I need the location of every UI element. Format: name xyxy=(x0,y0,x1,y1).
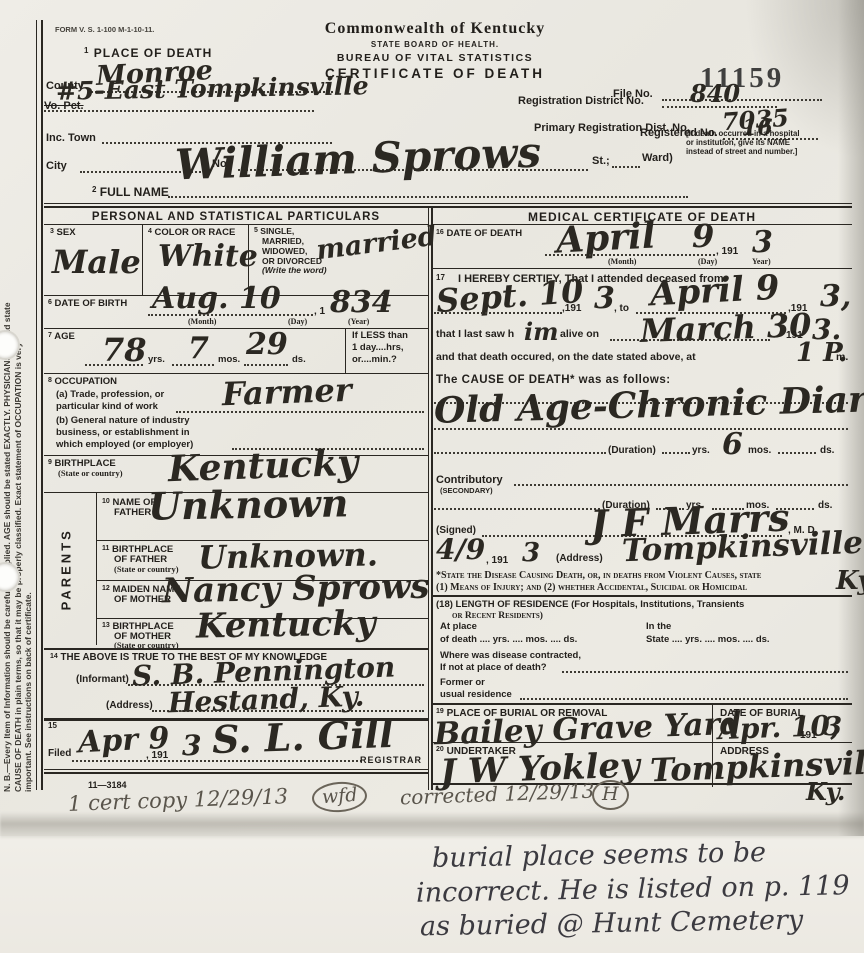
full-name-line xyxy=(168,196,688,198)
left-rule-inner xyxy=(41,20,43,790)
race-number: 4 xyxy=(148,228,152,235)
parents-box-divider xyxy=(96,492,97,645)
birth-year-print: , 1 xyxy=(314,306,325,317)
residence-at-place-2: of death .... yrs. .... mos. .... ds. xyxy=(440,635,577,646)
reg-district-label: Registration District No. xyxy=(518,95,644,107)
contracted-line xyxy=(562,671,848,673)
signed-address-value: Tompkinsville xyxy=(622,528,864,567)
dod-day-value: 9 xyxy=(692,220,714,252)
city-label: City xyxy=(46,160,67,172)
contributory-line xyxy=(514,484,848,486)
hospital-note: [If death occurred in a hospital or inst… xyxy=(686,130,804,157)
pencil-corrected-note: corrected 12/29/13 xyxy=(400,781,595,808)
filed-line xyxy=(72,760,362,762)
dod-number: 16 xyxy=(436,229,444,236)
birth-year-col: (Year) xyxy=(348,318,369,327)
dod-month-value: April xyxy=(555,217,656,258)
footnote-line-1: *State the Disease Causing Death, or, in… xyxy=(436,570,761,581)
birth-year-value: 834 xyxy=(330,288,393,318)
sex-race-divider xyxy=(142,224,143,295)
occupation-b1: (b) General nature of industry xyxy=(56,416,190,427)
occupation-a2: particular kind of work xyxy=(56,402,158,413)
sex-number: 3 xyxy=(50,228,54,235)
duration-label: (Duration) xyxy=(608,445,656,456)
burial-place-number: 19 xyxy=(436,708,444,715)
sex-label: 3 SEX xyxy=(50,228,76,239)
attended-from-year-print: ,191 xyxy=(562,303,581,314)
marital-l1: SINGLE, xyxy=(260,226,294,236)
left-bottom-rule-thick xyxy=(44,772,428,774)
signed-address-ky: Ky xyxy=(836,568,864,594)
birth-number: 6 xyxy=(48,299,52,306)
pencil-copy-note: 1 cert copy 12/29/13 xyxy=(68,786,289,815)
marital-hint: (Write the word) xyxy=(262,266,327,276)
age-yrs-label: yrs. xyxy=(148,355,165,366)
city-line-3 xyxy=(612,166,640,168)
attended-from-year-value: 3 xyxy=(594,284,615,314)
full-name-text: FULL NAME xyxy=(100,185,169,199)
full-name-number: 2 xyxy=(92,185,96,194)
mother-bp-number: 13 xyxy=(102,622,110,629)
header-rule-thick xyxy=(44,206,852,208)
dod-year-col: Year) xyxy=(752,258,771,267)
margin-instructions: N. B.—Every Item of Information should b… xyxy=(2,24,36,792)
occupation-text: OCCUPATION xyxy=(55,376,117,387)
age-years-value: 78 xyxy=(102,334,147,366)
marital-number: 5 xyxy=(254,227,258,234)
column-divider-thin xyxy=(428,208,429,790)
occupation-label: 8 OCCUPATION xyxy=(48,377,117,388)
death-occured-label: and that death occured, on the date stat… xyxy=(436,352,696,364)
margin-line-2: CAUSE OF DEATH in plain terms, so that i… xyxy=(13,24,24,792)
certify-to-label: , to xyxy=(614,303,629,314)
form-number: FORM V. S. 1-100 M-1-10-11. xyxy=(55,26,154,34)
birth-row-rule xyxy=(44,328,428,329)
former-line xyxy=(520,698,848,700)
residence-text: LENGTH OF RESIDENCE (For Hospitals, Inst… xyxy=(456,599,745,610)
birth-label: 6 DATE OF BIRTH xyxy=(48,299,127,310)
burial-date-year-value: 3 xyxy=(824,714,842,740)
registrar-label: REGISTRAR xyxy=(360,755,422,765)
bureau-label: BUREAU OF VITAL STATISTICS xyxy=(300,53,570,65)
reg-district-value: 840 xyxy=(690,82,740,106)
birth-month-col: (Month) xyxy=(188,318,216,327)
residence-bottom-rule xyxy=(432,703,852,705)
file-no-line xyxy=(662,99,822,101)
duration-dash-2 xyxy=(778,452,816,454)
header-rule-thin xyxy=(44,203,852,204)
attest-number: 14 xyxy=(50,653,58,660)
residence-state: State .... yrs. .... mos. .... ds. xyxy=(646,635,770,646)
saw-him-value: im xyxy=(524,320,559,344)
race-label: 4 COLOR OR RACE xyxy=(148,228,235,239)
former-line-1: Former or xyxy=(440,678,485,689)
death-certificate-scan: N. B.—Every Item of Information should b… xyxy=(0,0,864,953)
duration-mos-label: mos. xyxy=(748,445,771,456)
informant-address-label: (Address) xyxy=(106,700,153,711)
contracted-line-1: Where was disease contracted, xyxy=(440,651,581,662)
signed-year-print: , 191 xyxy=(486,555,508,566)
burial-note-line-2: incorrect. He is listed on p. 119 xyxy=(416,872,850,907)
dod-month-col: (Month) xyxy=(608,258,636,267)
birth-line xyxy=(148,314,313,316)
full-name-label: 2 FULL NAME xyxy=(92,186,169,199)
mother-name-number: 12 xyxy=(102,585,110,592)
signed-date-value: 4/9 xyxy=(436,536,485,564)
secondary-label: (SECONDARY) xyxy=(440,487,493,495)
state-board-label: STATE BOARD OF HEALTH. xyxy=(300,41,570,50)
age-less-line-2: 1 day....hrs, xyxy=(352,343,404,354)
age-less-line-1: If LESS than xyxy=(352,331,408,342)
precinct-line xyxy=(44,110,314,112)
left-bottom-rule-thin xyxy=(44,769,428,770)
personal-title-rule xyxy=(44,224,428,225)
city-st-label: St.; xyxy=(592,155,610,167)
form-code: 11—3184 xyxy=(88,780,127,790)
age-line-3 xyxy=(244,364,288,366)
saw-post-label: alive on xyxy=(560,329,599,341)
sex-text: SEX xyxy=(57,227,76,238)
occupation-number: 8 xyxy=(48,377,52,384)
personal-title: PERSONAL AND STATISTICAL PARTICULARS xyxy=(44,211,428,224)
burial-row-rule xyxy=(432,742,852,743)
residence-number: (18) xyxy=(436,599,453,610)
father-name-l2: FATHER xyxy=(114,508,151,519)
registrar-signature: S. L. Gill xyxy=(211,715,394,759)
race-value: White xyxy=(158,242,258,272)
signed-year-value: 3 xyxy=(522,540,540,566)
full-name-value: William Sprows xyxy=(174,132,541,187)
attended-to-value: April 9 xyxy=(649,271,780,312)
dod-line xyxy=(545,254,715,256)
burial-note-line-3: as buried @ Hunt Cemetery xyxy=(420,907,804,941)
burial-date-value: Apr. 10, xyxy=(718,712,841,744)
left-rule-outer xyxy=(36,20,37,790)
duration-leader xyxy=(434,452,606,454)
duration-ds-label: ds. xyxy=(820,445,834,456)
age-label: 7 AGE xyxy=(48,332,75,343)
place-of-death-number: 1 xyxy=(84,46,89,55)
parents-label: PARENTS xyxy=(60,524,75,614)
former-line-2: usual residence xyxy=(440,690,512,701)
birth-text: DATE OF BIRTH xyxy=(55,298,128,309)
residence-at-place-1: At place xyxy=(440,622,477,633)
duration-yrs-label: yrs. xyxy=(692,445,710,456)
occupation-a1: (a) Trade, profession, or xyxy=(56,390,164,401)
father-name-number: 10 xyxy=(102,498,110,505)
filed-label: Filed xyxy=(48,748,71,759)
duration-mos-value: 6 xyxy=(722,430,743,460)
informant-label: (Informant) xyxy=(76,674,129,685)
attended-to-year-value: 3, xyxy=(820,282,851,312)
father-name-value: Unknown xyxy=(148,484,349,525)
dod-text: DATE OF DEATH xyxy=(446,228,522,239)
age-line-1 xyxy=(85,364,143,366)
inc-town-label: Inc. Town xyxy=(46,132,96,144)
birth-day-col: (Day) xyxy=(288,318,307,327)
dod-year-print: , 191 xyxy=(716,246,738,257)
precinct-value: #5-East Tompkinsville xyxy=(56,73,369,103)
contrib-ds-label: ds. xyxy=(818,500,832,511)
pencil-corrected-badge: H xyxy=(592,780,629,810)
age-line-2 xyxy=(172,364,214,366)
age-ds-label: ds. xyxy=(292,355,306,366)
footnote-rule xyxy=(432,595,852,597)
filed-number: 15 xyxy=(48,722,57,731)
contracted-line-2: If not at place of death? xyxy=(440,663,547,674)
birthplace-number: 9 xyxy=(48,459,52,466)
duration-dash-1 xyxy=(662,452,690,454)
filed-year-value: 3 xyxy=(182,732,201,760)
dod-row-rule xyxy=(432,268,852,269)
contrib-duration-leader xyxy=(434,508,600,510)
occupation-b2: business, or establishment in xyxy=(56,428,190,439)
certify-line-1 xyxy=(434,312,562,314)
birthplace-hint: (State or country) xyxy=(58,469,123,479)
burial-note-line-1: burial place seems to be xyxy=(432,839,766,872)
dod-year-value: 3 xyxy=(752,228,773,258)
age-days-value: 29 xyxy=(246,330,288,360)
age-months-value: 7 xyxy=(188,334,209,364)
race-text: COLOR OR RACE xyxy=(155,227,236,238)
burial-place-value: Bailey Grave Yard xyxy=(434,709,743,751)
city-ward-label: Ward) xyxy=(642,152,673,164)
father-bp-number: 11 xyxy=(102,545,109,552)
age-number: 7 xyxy=(48,332,52,339)
sex-value: Male xyxy=(52,246,141,278)
age-mos-label: mos. xyxy=(218,355,240,366)
margin-line-1: N. B.—Every Item of Information should b… xyxy=(2,24,13,792)
birth-value: Aug. 10 xyxy=(152,284,281,314)
burial-date-year-print: 191 xyxy=(800,730,817,741)
footnote-line-2: (1) Means of Injury; and (2) whether Acc… xyxy=(436,582,747,593)
saw-date-value: March 30 xyxy=(639,309,811,347)
occupation-a-line xyxy=(176,411,424,413)
residence-in-the: In the xyxy=(646,622,671,633)
mother-name-value: Nancy Sprows xyxy=(162,570,430,609)
residence-label: (18) LENGTH OF RESIDENCE (For Hospitals,… xyxy=(436,600,744,611)
age-box-divider xyxy=(345,328,346,373)
age-text: AGE xyxy=(54,331,75,342)
saw-pre-label: that I last saw h xyxy=(436,329,514,341)
marital-value: married xyxy=(315,223,438,265)
commonwealth-title: Commonwealth of Kentucky xyxy=(300,20,570,38)
mother-bp-value: Kentucky xyxy=(196,606,376,643)
age-less-line-3: or....min.? xyxy=(352,355,397,366)
death-time-m-label: m. xyxy=(836,352,848,364)
occupation-a-value: Farmer xyxy=(221,374,352,411)
paper-crease xyxy=(0,812,864,838)
contributory-label: Contributory xyxy=(436,474,503,486)
parents-bottom-rule xyxy=(44,648,428,650)
margin-line-3: important. See instructions on back of c… xyxy=(23,24,34,792)
signed-address-label: (Address) xyxy=(556,553,603,564)
pencil-copy-badge: wfd xyxy=(311,780,368,814)
dod-label: 16 DATE OF DEATH xyxy=(436,229,522,240)
dod-day-col: (Day) xyxy=(698,258,717,267)
